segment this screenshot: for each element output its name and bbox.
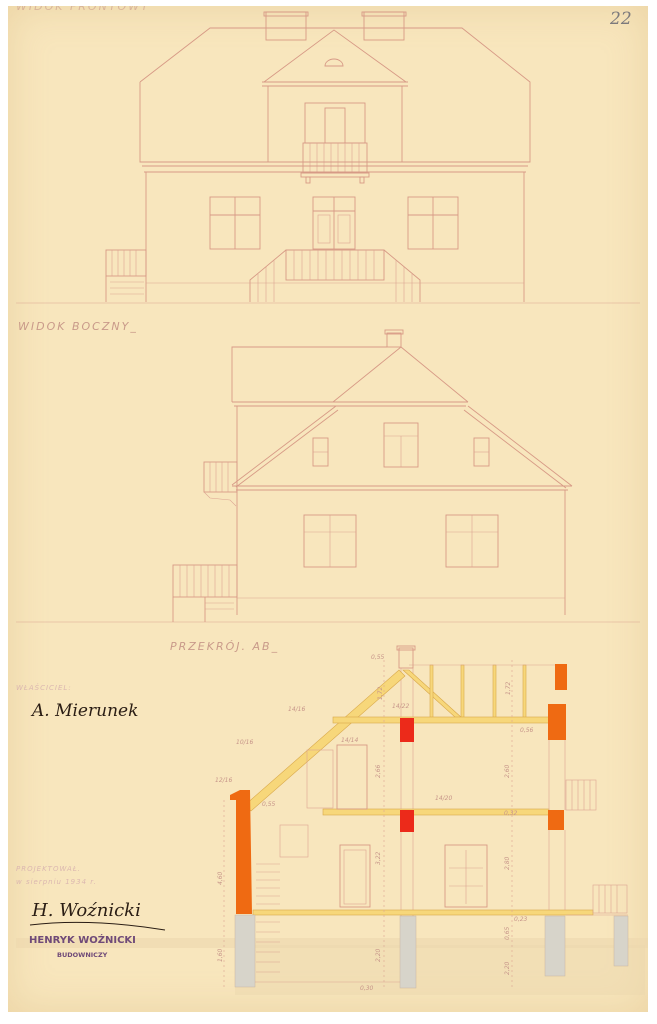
design-date: w sierpniu 1934 r. <box>16 878 97 886</box>
dim-ceiling-level-mid: 0,32 <box>504 810 518 817</box>
side-elevation: WIDOK BOCZNY_ <box>16 320 640 622</box>
dim-basement-height: 2,20 <box>375 948 382 962</box>
dim-ground-floor-height: 3,22 <box>375 851 382 865</box>
dim-rafter-lower: 10/16 <box>236 739 253 746</box>
dim-chimney-top: 0,55 <box>371 654 385 661</box>
dim-ground-offset: 0,65 <box>504 926 511 940</box>
dim-ridge-height: 1,72 <box>505 681 512 695</box>
designer-stamp-name: HENRYK WOŹNICKI <box>29 933 136 946</box>
page-number: 22 <box>609 9 632 29</box>
dim-basement-floor: 0,30 <box>360 985 374 992</box>
owner-label: WŁAŚCICIEL: <box>16 683 72 692</box>
owner-signature: A. Mierunek <box>30 701 138 721</box>
front-elevation: WIDOK FRONTOWY <box>16 6 640 303</box>
front-view-title: WIDOK FRONTOWY <box>16 6 150 13</box>
designer-label: PROJEKTOWAŁ. <box>16 865 81 873</box>
architectural-drawing: 22 WIDOK FRONTOWY <box>8 6 648 1012</box>
dim-floor-level: 0,23 <box>514 916 528 923</box>
designer-signature: H. Woźnicki <box>31 900 141 921</box>
dim-wall-height-left: 4,60 <box>217 871 224 885</box>
dim-upper-floor-height-right: 2,60 <box>504 764 511 778</box>
side-view-title: WIDOK BOCZNY_ <box>18 320 138 333</box>
dim-plinth-left: 1,60 <box>217 948 224 962</box>
designer-stamp-title: BUDOWNICZY <box>57 951 108 959</box>
dim-rafter-eave: 12/16 <box>215 777 232 784</box>
drawing-sheet: 22 WIDOK FRONTOWY <box>8 6 648 1012</box>
dim-upper-floor-height: 2,66 <box>375 764 382 778</box>
dim-rafter-main: 14/16 <box>288 706 305 713</box>
dim-basement-height-right: 2,20 <box>504 961 511 975</box>
section-view-title: PRZEKRÓJ. AB_ <box>170 640 279 653</box>
dim-attic-height: 1,72 <box>377 686 384 700</box>
dim-collar: 14/14 <box>341 737 358 744</box>
dim-eave-offset: 0,55 <box>262 801 276 808</box>
dim-ground-floor-height-right: 2,80 <box>504 856 511 870</box>
dim-ceiling-level-upper: 0,56 <box>520 727 534 734</box>
owner-block: WŁAŚCICIEL: A. Mierunek <box>16 683 138 721</box>
dim-ceiling-beam-upper: 14/20 <box>435 795 452 802</box>
dim-ridge-beam: 14/22 <box>392 703 409 710</box>
